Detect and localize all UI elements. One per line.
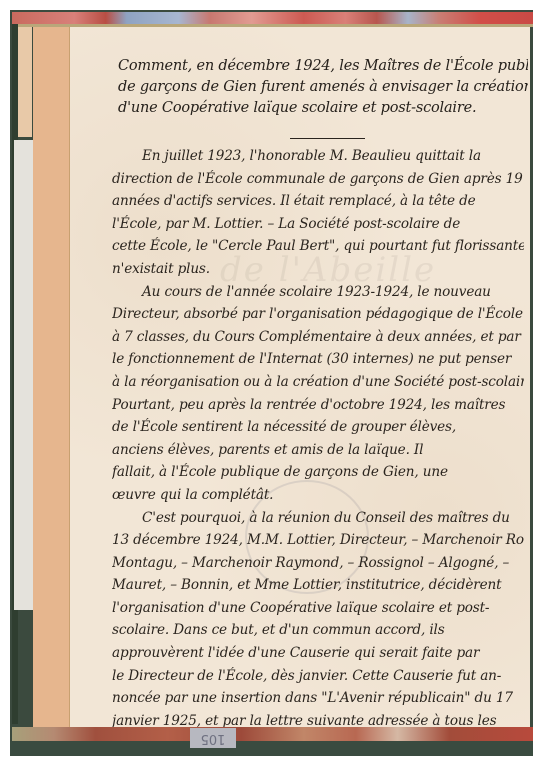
- body-line: cette École, le "Cercle Paul Bert", qui …: [112, 235, 524, 258]
- document-body: En juillet 1923, l'honorable M. Beaulieu…: [112, 145, 524, 755]
- body-line: Pourtant, peu après la rentrée d'octobre…: [112, 394, 524, 417]
- body-line: C'est pourquoi, à la réunion du Conseil …: [112, 507, 524, 530]
- body-line: de l'École sentirent la nécessité de gro…: [112, 416, 524, 439]
- body-line: Au cours de l'année scolaire 1923-1924, …: [112, 281, 524, 304]
- body-line: En juillet 1923, l'honorable M. Beaulieu…: [112, 145, 524, 168]
- body-line: à 7 classes, du Cours Complémentaire à d…: [112, 326, 524, 349]
- marbled-bottom-edge: [12, 727, 533, 741]
- body-line: Directeur, absorbé par l'organisation pé…: [112, 303, 524, 326]
- body-line: noncée par une insertion dans "L'Avenir …: [112, 687, 524, 710]
- binding-tape: [14, 140, 34, 610]
- title-line: de garçons de Gien furent amenés à envis…: [118, 77, 528, 98]
- body-line: le fonctionnement de l'Internat (30 inte…: [112, 348, 524, 371]
- title-underline: [290, 138, 365, 139]
- body-line: direction de l'École communale de garçon…: [112, 168, 524, 191]
- binding-paper-strip: [18, 27, 32, 137]
- body-line: scolaire. Dans ce but, et d'un commun ac…: [112, 619, 524, 642]
- body-line: anciens élèves, parents et amis de la la…: [112, 439, 524, 462]
- body-line: Montagu, – Marchenoir Raymond, – Rossign…: [112, 552, 524, 575]
- body-line: approuvèrent l'idée d'une Causerie qui s…: [112, 642, 524, 665]
- body-line: n'existait plus.: [112, 258, 524, 281]
- body-line: l'École, par M. Lottier. – La Société po…: [112, 213, 524, 236]
- body-line: l'organisation d'une Coopérative laïque …: [112, 597, 524, 620]
- body-line: années d'actifs services. Il était rempl…: [112, 190, 524, 213]
- body-line: 13 décembre 1924, M.M. Lottier, Directeu…: [112, 529, 524, 552]
- body-line: fallait, à l'École publique de garçons d…: [112, 461, 524, 484]
- title-line: d'une Coopérative laïque scolaire et pos…: [118, 98, 528, 119]
- document-title: Comment, en décembre 1924, les Maîtres d…: [118, 56, 528, 119]
- body-line: le Directeur de l'École, dès janvier. Ce…: [112, 665, 524, 688]
- title-line: Comment, en décembre 1924, les Maîtres d…: [118, 56, 528, 77]
- page-number-tag: 105: [190, 728, 236, 748]
- marbled-top-edge: [12, 12, 533, 24]
- body-line: Mauret, – Bonnin, et Mme Lottier, instit…: [112, 574, 524, 597]
- binding-bottom: [10, 741, 533, 756]
- page-margin-band: [33, 27, 70, 727]
- body-line: à la réorganisation ou à la création d'u…: [112, 371, 524, 394]
- body-line: œuvre qui la complétât.: [112, 484, 524, 507]
